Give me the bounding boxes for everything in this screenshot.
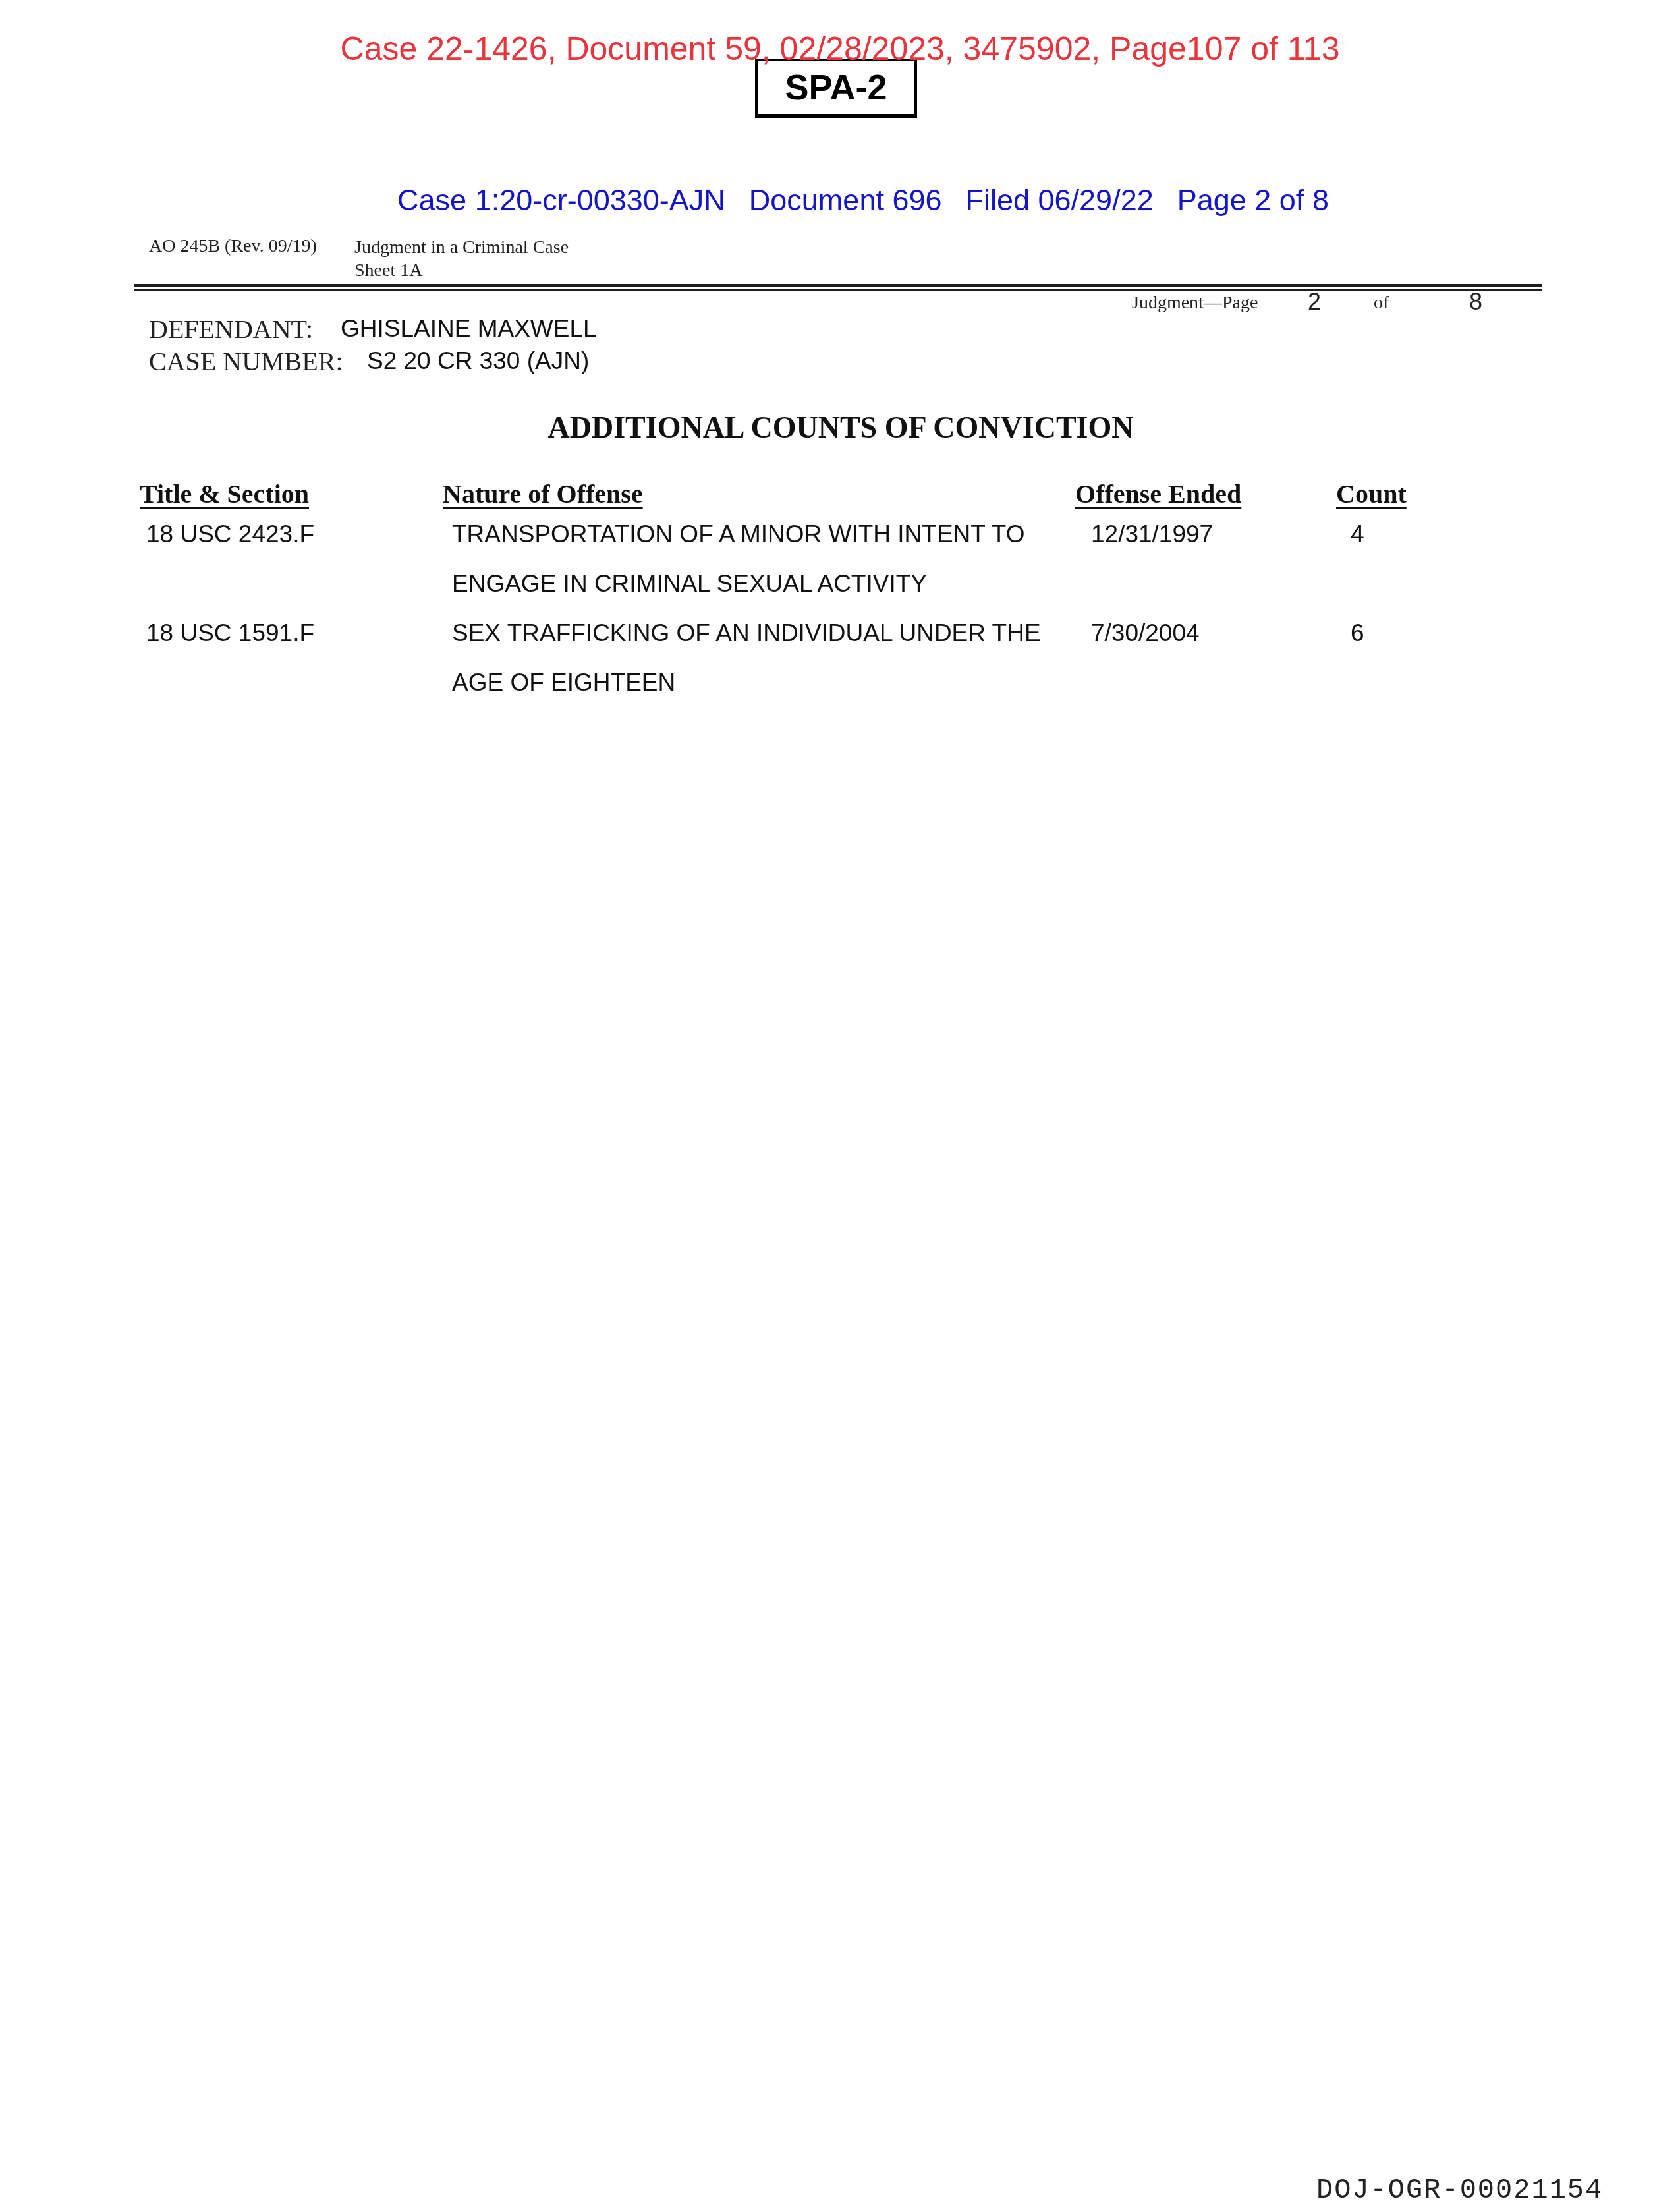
row-nature-line2: ENGAGE IN CRIMINAL SEXUAL ACTIVITY <box>452 570 927 598</box>
section-title: ADDITIONAL COUNTS OF CONVICTION <box>0 410 1680 445</box>
row-offense-ended: 12/31/1997 <box>1091 521 1213 548</box>
column-header-offense-ended: Offense Ended <box>1075 478 1241 509</box>
district-page-number: Page 2 of 8 <box>1177 183 1329 217</box>
header-rule-thick <box>134 284 1542 287</box>
district-case-stamp: Case 1:20-cr-00330-AJNDocument 696Filed … <box>0 182 1680 219</box>
form-id: AO 245B (Rev. 09/19) <box>149 236 317 257</box>
form-title-block: Judgment in a Criminal Case Sheet 1A <box>354 236 569 282</box>
form-sheet: Sheet 1A <box>354 259 569 282</box>
bates-number: DOJ-OGR-00021154 <box>1316 2174 1603 2206</box>
row-offense-ended: 7/30/2004 <box>1091 619 1200 647</box>
case-number-value: S2 20 CR 330 (AJN) <box>367 347 589 375</box>
district-case-number: Case 1:20-cr-00330-AJN <box>397 183 725 217</box>
judgment-page-total: 8 <box>1411 290 1540 314</box>
column-header-count: Count <box>1336 478 1407 509</box>
column-header-title-section: Title & Section <box>140 478 309 509</box>
case-number-label: CASE NUMBER: <box>149 346 343 377</box>
district-filed-date: Filed 06/29/22 <box>966 183 1154 217</box>
row-nature-line2: AGE OF EIGHTEEN <box>452 669 675 696</box>
row-count: 6 <box>1351 619 1364 647</box>
row-title-section: 18 USC 2423.F <box>146 521 314 548</box>
defendant-name: GHISLAINE MAXWELL <box>341 315 597 343</box>
row-nature-line1: SEX TRAFFICKING OF AN INDIVIDUAL UNDER T… <box>452 619 1041 647</box>
judgment-page-number: 2 <box>1286 290 1343 314</box>
judgment-page-of: of <box>1374 293 1389 314</box>
appeal-case-stamp: Case 22-1426, Document 59, 02/28/2023, 3… <box>0 29 1680 69</box>
row-title-section: 18 USC 1591.F <box>146 619 314 647</box>
judgment-page-label: Judgment—Page <box>1132 293 1258 314</box>
form-title: Judgment in a Criminal Case <box>354 236 569 259</box>
defendant-label: DEFENDANT: <box>149 314 313 345</box>
row-nature-line1: TRANSPORTATION OF A MINOR WITH INTENT TO <box>452 521 1025 548</box>
spa-label: SPA-2 <box>785 67 887 108</box>
row-count: 4 <box>1351 521 1364 548</box>
column-header-nature: Nature of Offense <box>443 478 643 509</box>
district-document-number: Document 696 <box>749 183 942 217</box>
